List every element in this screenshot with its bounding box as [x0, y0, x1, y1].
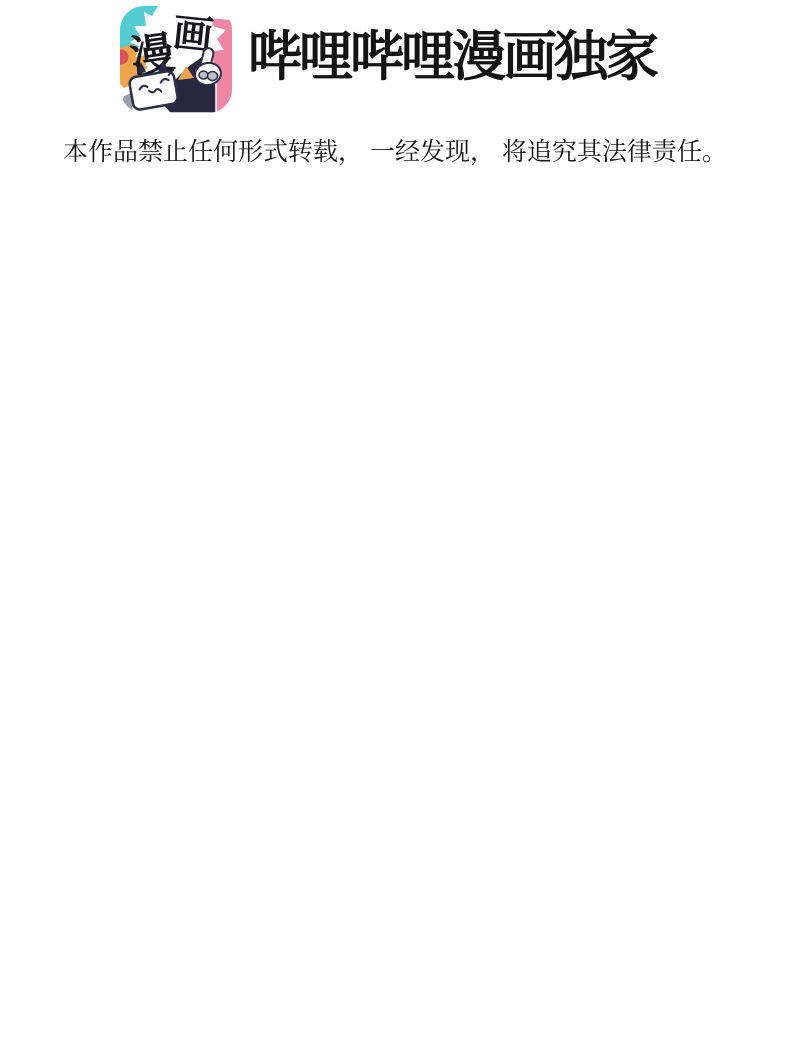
app-icon-graphic: 漫 画 [120, 6, 232, 113]
page-title: 哔哩哔哩漫画独家 [248, 26, 656, 88]
tv-body [129, 70, 179, 110]
manga-credit-page: 漫 画 [0, 0, 800, 1048]
hand-knuckle-left [199, 71, 208, 79]
hand-knuckle-right [208, 72, 218, 81]
tv-mascot [129, 70, 179, 110]
bilibili-manga-app-icon: 漫 画 [120, 6, 232, 113]
copyright-notice: 本作品禁止任何形式转载， 一经发现， 将追究其法律责任。 [63, 137, 727, 168]
